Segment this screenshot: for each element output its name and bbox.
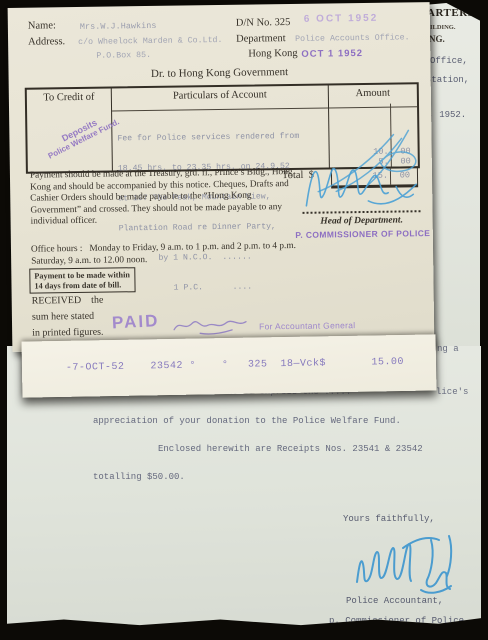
address-label: Address.: [28, 36, 65, 48]
letter-line-appreciation: appreciation of your donation to the Pol…: [93, 416, 401, 426]
signature-line: [302, 210, 420, 214]
signature-head-of-department: [298, 152, 424, 214]
scanned-document: HARTERS ILDING. NG. Office, Station, ., …: [0, 0, 488, 640]
received-line3: in printed figures.: [32, 327, 104, 339]
place: Hong Kong: [248, 48, 297, 60]
letter-fragment: lice's: [436, 387, 468, 397]
signer-title: Police Accountant,: [346, 596, 443, 606]
credit-column: To Credit of Deposits Police Welfare Fun…: [27, 89, 113, 172]
signer-title: p. Commissioner of Police.: [329, 616, 469, 626]
head-of-department-label: Head of Department.: [303, 215, 421, 227]
particulars-line: 1 P.C. ....: [119, 282, 326, 295]
paid-stamp: PAID: [112, 311, 160, 333]
letter-line-enclosed: Enclosed herewith are Receipts Nos. 2354…: [158, 444, 423, 454]
po-box: P.O.Box 85.: [96, 51, 151, 61]
received-line2: sum here stated: [32, 311, 94, 323]
commissioner-stamp: P. COMMISSIONER OF POLICE: [289, 228, 437, 240]
date-stamp-oct6: 6 OCT 1952: [304, 13, 379, 25]
machine-print-line: -7-OCT-52 23542 ° ° 325 18—Vck$ 15.00: [66, 357, 404, 374]
letterhead-fragment: ILDING.: [430, 24, 455, 31]
department-label: Department: [236, 33, 286, 45]
name-value: Mrs.W.J.Hawkins: [80, 21, 157, 32]
column-header-credit: To Credit of: [27, 89, 111, 112]
document-title: Dr. to Hong Kong Government: [8, 64, 430, 82]
letter-line-totalling: totalling $50.00.: [93, 472, 185, 482]
payment-instructions: Payment should be made at the Treasury, …: [30, 167, 303, 229]
letter-fragment-office: Office,: [430, 56, 468, 66]
column-header-amount: Amount: [329, 84, 417, 108]
date-stamp-oct1: OCT 1 1952: [301, 48, 363, 60]
letter-fragment-station: Station,: [426, 75, 469, 85]
column-header-particulars: Particulars of Account: [112, 86, 328, 112]
signature-accountant-scribble: [170, 313, 252, 338]
machine-receipt-slip: -7-OCT-52 23542 ° ° 325 18—Vck$ 15.00: [22, 334, 437, 397]
department-value: Police Accounts Office.: [295, 33, 410, 44]
particulars-line: by 1 N.C.O. ......: [119, 252, 326, 265]
payment-deadline-box: Payment to be made within 14 days from d…: [29, 267, 135, 293]
dn-number: D/N No. 325: [236, 17, 291, 29]
received-line1: RECEIVED the: [32, 295, 104, 307]
particulars-line: Fee for Police services rendered from: [117, 132, 324, 145]
demand-note: Name: Mrs.W.J.Hawkins D/N No. 325 6 OCT …: [8, 2, 435, 352]
office-hours-line2: Saturday, 9 a.m. to 12.00 noon.: [31, 255, 147, 267]
letterhead-fragment: NG.: [429, 34, 445, 44]
for-accountant-general-stamp: For Accountant General: [259, 320, 356, 331]
name-label: Name:: [28, 20, 56, 31]
letter-closing: Yours faithfully,: [343, 514, 435, 524]
deadline-line2: 14 days from date of bill.: [34, 280, 130, 291]
signature-police-accountant: [345, 526, 469, 598]
address-value: c/o Wheelock Marden & Co.Ltd.: [78, 36, 223, 47]
